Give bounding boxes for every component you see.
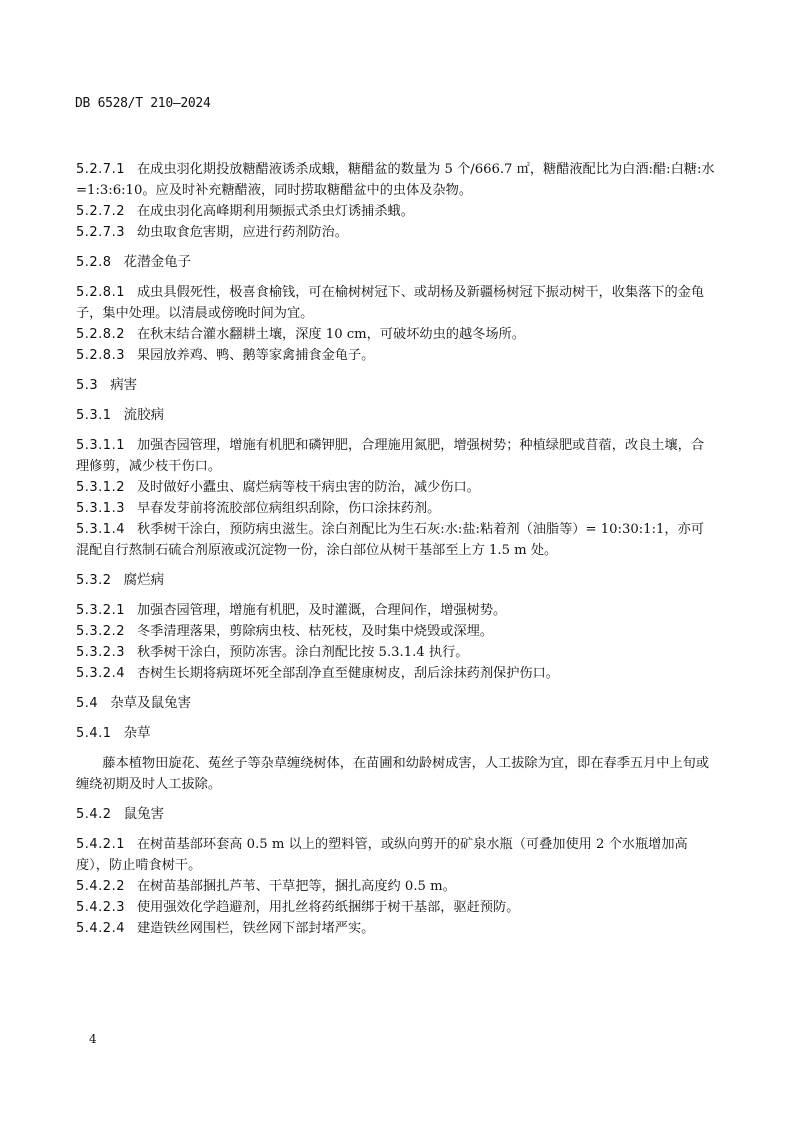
clause-number: 5.3.2.3 [76, 642, 125, 663]
clause-5-4-2-3: 5.4.2.3使用强效化学趋避剂，用扎丝将药纸捆绑于树干基部，驱赶预防。 [76, 897, 716, 918]
clause-5-4-2-4: 5.4.2.4建造铁丝网围栏，铁丝网下部封堵严实。 [76, 918, 716, 939]
clause-text: 早春发芽前将流胶部位病组织刮除，伤口涂抹药剂。 [137, 501, 440, 516]
clause-text: 秋季树干涂白，预防冻害。涂白剂配比按 5.3.1.4 执行。 [137, 645, 468, 660]
clause-text: 杏树生长期将病斑坏死全部刮净直至健康树皮，刮后涂抹药剂保护伤口。 [137, 666, 559, 681]
clause-5-3-1-2: 5.3.1.2及时做好小蠹虫、腐烂病等枝干病虫害的防治，减少伤口。 [76, 477, 716, 498]
clause-text: 加强杏园管理，增施有机肥，及时灌溉，合理间作，增强树势。 [137, 603, 506, 618]
clause-5-3-1-4: 5.3.1.4秋季树干涂白，预防病虫滋生。涂白剂配比为生石灰:水:盐:粘着剂（油… [76, 519, 716, 561]
clause-5-2-8-1: 5.2.8.1成虫具假死性，极喜食榆钱，可在榆树树冠下、或胡杨及新疆杨树冠下振动… [76, 282, 716, 324]
heading-5-2-8: 5.2.8花潜金龟子 [76, 252, 716, 273]
clause-text: 在成虫羽化期投放糖醋液诱杀成蛾，糖醋盆的数量为 5 个/666.7 ㎡，糖醋液配… [76, 162, 715, 198]
heading-5-3: 5.3病害 [76, 375, 716, 396]
clause-number: 5.3.2.1 [76, 600, 125, 621]
clause-number: 5.4.2.1 [76, 834, 125, 855]
clause-number: 5.3.1.4 [76, 519, 125, 540]
clause-text: 果园放养鸡、鸭、鹅等家禽捕食金龟子。 [137, 348, 374, 363]
clause-text: 在成虫羽化高峰期利用频振式杀虫灯诱捕杀蛾。 [137, 204, 414, 219]
clause-number: 5.2.8.1 [76, 282, 125, 303]
document-body: 5.2.7.1在成虫羽化期投放糖醋液诱杀成蛾，糖醋盆的数量为 5 个/666.7… [76, 159, 716, 939]
heading-5-4-1: 5.4.1杂草 [76, 723, 716, 744]
clause-text: 幼虫取食危害期，应进行药剂防治。 [137, 225, 348, 240]
clause-text: 成虫具假死性，极喜食榆钱，可在榆树树冠下、或胡杨及新疆杨树冠下振动树干，收集落下… [76, 285, 704, 321]
clause-text: 冬季清理落果，剪除病虫枝、枯死枝，及时集中烧毁或深埋。 [137, 624, 493, 639]
heading-5-3-2: 5.3.2腐烂病 [76, 570, 716, 591]
clause-5-2-8-2: 5.2.8.2在秋末结合灌水翻耕土壤，深度 10 cm，可破坏幼虫的越冬场所。 [76, 324, 716, 345]
clause-5-3-2-4: 5.3.2.4杏树生长期将病斑坏死全部刮净直至健康树皮，刮后涂抹药剂保护伤口。 [76, 663, 716, 684]
heading-number: 5.2.8 [76, 252, 112, 273]
clause-number: 5.3.1.3 [76, 498, 125, 519]
standard-id: DB 6528/T 210—2024 [75, 96, 210, 111]
clause-5-3-2-2: 5.3.2.2冬季清理落果，剪除病虫枝、枯死枝，及时集中烧毁或深埋。 [76, 621, 716, 642]
clause-number: 5.4.2.2 [76, 876, 125, 897]
clause-5-3-2-1: 5.3.2.1加强杏园管理，增施有机肥，及时灌溉，合理间作，增强树势。 [76, 600, 716, 621]
clause-number: 5.4.2.4 [76, 918, 125, 939]
clause-text: 在秋末结合灌水翻耕土壤，深度 10 cm，可破坏幼虫的越冬场所。 [137, 327, 525, 342]
heading-title: 病害 [110, 377, 137, 393]
heading-number: 5.4.2 [76, 804, 112, 825]
heading-number: 5.3.1 [76, 405, 112, 426]
clause-5-4-2-2: 5.4.2.2在树苗基部捆扎芦苇、干草把等，捆扎高度约 0.5 m。 [76, 876, 716, 897]
clause-number: 5.3.1.1 [76, 435, 125, 456]
clause-5-2-7-3: 5.2.7.3幼虫取食危害期，应进行药剂防治。 [76, 222, 716, 243]
clause-5-3-2-3: 5.3.2.3秋季树干涂白，预防冻害。涂白剂配比按 5.3.1.4 执行。 [76, 642, 716, 663]
clause-5-4-2-1: 5.4.2.1在树苗基部环套高 0.5 m 以上的塑料管，或纵向剪开的矿泉水瓶（… [76, 834, 716, 876]
heading-number: 5.4 [76, 693, 98, 714]
clause-number: 5.2.8.2 [76, 324, 125, 345]
clause-5-2-7-2: 5.2.7.2在成虫羽化高峰期利用频振式杀虫灯诱捕杀蛾。 [76, 201, 716, 222]
clause-text: 加强杏园管理，增施有机肥和磷钾肥，合理施用氮肥，增强树势；种植绿肥或苜蓿，改良土… [76, 438, 704, 474]
heading-5-3-1: 5.3.1流胶病 [76, 405, 716, 426]
heading-title: 花潜金龟子 [124, 254, 192, 270]
heading-number: 5.3.2 [76, 570, 112, 591]
clause-text: 及时做好小蠹虫、腐烂病等枝干病虫害的防治，减少伤口。 [137, 480, 480, 495]
heading-5-4-2: 5.4.2鼠兔害 [76, 804, 716, 825]
heading-5-4: 5.4杂草及鼠兔害 [76, 693, 716, 714]
heading-title: 杂草 [124, 725, 151, 741]
heading-title: 流胶病 [124, 407, 165, 423]
heading-number: 5.4.1 [76, 723, 112, 744]
clause-5-3-1-3: 5.3.1.3早春发芽前将流胶部位病组织刮除，伤口涂抹药剂。 [76, 498, 716, 519]
clause-number: 5.3.2.4 [76, 663, 125, 684]
clause-number: 5.2.8.3 [76, 345, 125, 366]
clause-number: 5.4.2.3 [76, 897, 125, 918]
heading-title: 腐烂病 [124, 572, 165, 588]
clause-number: 5.2.7.3 [76, 222, 125, 243]
clause-number: 5.3.1.2 [76, 477, 125, 498]
clause-text: 使用强效化学趋避剂，用扎丝将药纸捆绑于树干基部，驱赶预防。 [137, 900, 519, 915]
clause-text: 建造铁丝网围栏，铁丝网下部封堵严实。 [137, 921, 374, 936]
clause-5-2-7-1: 5.2.7.1在成虫羽化期投放糖醋液诱杀成蛾，糖醋盆的数量为 5 个/666.7… [76, 159, 716, 201]
heading-title: 杂草及鼠兔害 [110, 695, 191, 711]
clause-number: 5.2.7.1 [76, 159, 125, 180]
paragraph-5-4-1: 藤本植物田旋花、菟丝子等杂草缠绕树体，在苗圃和幼龄树成害，人工拔除为宜，即在春季… [76, 753, 716, 795]
clause-5-3-1-1: 5.3.1.1加强杏园管理，增施有机肥和磷钾肥，合理施用氮肥，增强树势；种植绿肥… [76, 435, 716, 477]
clause-text: 秋季树干涂白，预防病虫滋生。涂白剂配比为生石灰:水:盐:粘着剂（油脂等）= 10… [76, 522, 704, 558]
clause-number: 5.3.2.2 [76, 621, 125, 642]
page-number: 4 [89, 1032, 97, 1046]
clause-5-2-8-3: 5.2.8.3果园放养鸡、鸭、鹅等家禽捕食金龟子。 [76, 345, 716, 366]
heading-title: 鼠兔害 [124, 806, 165, 822]
heading-number: 5.3 [76, 375, 98, 396]
clause-text: 在树苗基部环套高 0.5 m 以上的塑料管，或纵向剪开的矿泉水瓶（可叠加使用 2… [76, 837, 688, 873]
clause-text: 在树苗基部捆扎芦苇、干草把等，捆扎高度约 0.5 m。 [137, 879, 456, 894]
clause-number: 5.2.7.2 [76, 201, 125, 222]
